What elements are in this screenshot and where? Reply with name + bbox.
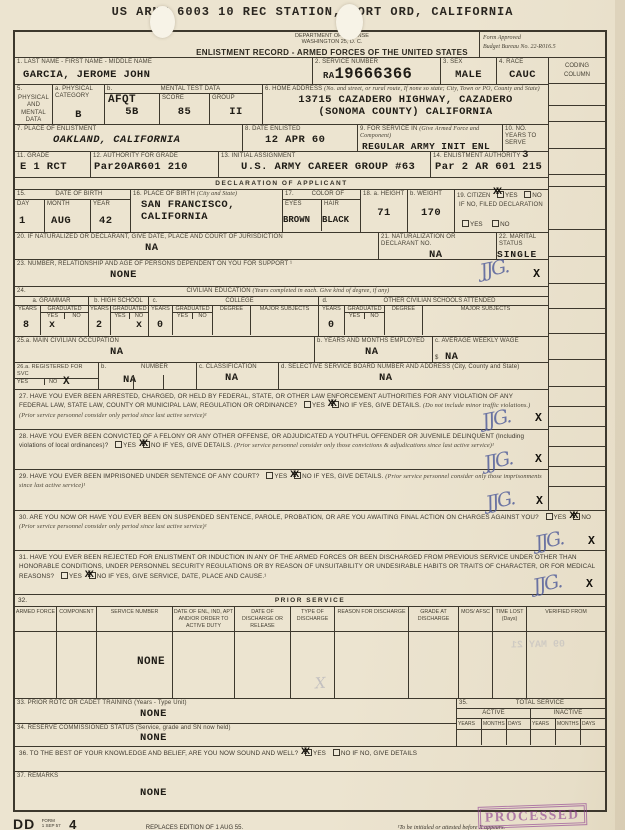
checkbox-icon bbox=[115, 441, 122, 448]
dollar-sign: $ bbox=[433, 354, 441, 362]
ink-bleed-through: 09 MAY 21 bbox=[511, 640, 565, 652]
grammar-grad-label: GRADUATED bbox=[47, 306, 81, 312]
education-title: CIVILIAN EDUCATION bbox=[186, 288, 250, 294]
education-num: 24. bbox=[15, 287, 28, 296]
rotc-total-service-block: 33. PRIOR ROTC OR CADET TRAINING (Years … bbox=[15, 699, 605, 747]
ink-bleed-x: X bbox=[314, 674, 326, 693]
race-label: 4. RACE bbox=[497, 58, 548, 67]
naturalized-label: 20. IF NATURALIZED OR DECLARANT, GIVE DA… bbox=[15, 233, 378, 242]
coding-cell bbox=[549, 106, 605, 122]
education-college: c.COLLEGE YEARS 0 GRADUATED YES NO DEGRE… bbox=[149, 297, 319, 336]
pob-label: 16. PLACE OF BIRTH bbox=[133, 191, 195, 197]
score-label: SCORE bbox=[160, 94, 209, 103]
sound-well-after: IF NO, GIVE DETAILS bbox=[352, 750, 417, 757]
typed-x-mark: X bbox=[588, 533, 595, 550]
field-height-weight: 18. a. HEIGHT 71 b. WEIGHT 170 bbox=[361, 190, 455, 232]
dependents-value: NONE bbox=[15, 269, 548, 281]
marital-status-label: 22. MARITAL STATUS bbox=[497, 233, 548, 249]
q31-yes-checkbox bbox=[61, 572, 68, 581]
q31-no-label: NO bbox=[97, 573, 107, 580]
field-authority-for-grade: 12. AUTHORITY FOR GRADE Par20AR601 210 bbox=[91, 152, 219, 177]
row-selective-service: 26.a. REGISTERED FOR SVC YES NO X b. NUM… bbox=[15, 363, 548, 390]
date-enlisted-value: 12 APR 60 bbox=[243, 134, 357, 146]
registered-no-x: X bbox=[63, 376, 70, 388]
citizen-label: 19. CITIZEN bbox=[457, 193, 490, 199]
q28-no-checkbox: XX bbox=[143, 441, 150, 450]
ps-body-cell bbox=[409, 632, 459, 698]
q30-yes-label: YES bbox=[554, 514, 567, 521]
q29-text: 29. HAVE YOU EVER BEEN IMPRISONED UNDER … bbox=[19, 473, 260, 480]
citizen-yes-x-mark: XX bbox=[493, 187, 499, 198]
field-dependents: 23. NUMBER, RELATIONSHIP AND AGE OF PERS… bbox=[15, 260, 548, 286]
prior-service-value: NONE bbox=[137, 656, 165, 668]
q28-no-x-mark: XX bbox=[139, 437, 145, 452]
q29-no-checkbox: XX bbox=[294, 472, 301, 481]
mental-test-name-cell: AFQT 5B bbox=[105, 94, 160, 124]
coding-cell bbox=[549, 334, 605, 360]
inactive-label: INACTIVE bbox=[531, 709, 605, 718]
row-dependents: 23. NUMBER, RELATIONSHIP AND AGE OF PERS… bbox=[15, 260, 548, 287]
dept-line2: WASHINGTON 25, D. C. bbox=[302, 39, 363, 45]
row-education: 24. CIVILIAN EDUCATION (Years completed … bbox=[15, 287, 548, 337]
initial-assignment-label: 13. INITIAL ASSIGNMENT bbox=[219, 152, 430, 161]
weight-label: b. WEIGHT bbox=[408, 190, 454, 199]
declaration-no-checkbox bbox=[492, 213, 499, 231]
remarks-value: NONE bbox=[15, 781, 605, 799]
weekly-wage-label: c. AVERAGE WEEKLY WAGE bbox=[433, 337, 548, 346]
coding-cell bbox=[549, 407, 605, 427]
field-place-of-birth: 16. PLACE OF BIRTH (City and State) SAN … bbox=[131, 190, 283, 232]
q29-yes-label: YES bbox=[274, 473, 287, 480]
naturalized-value: NA bbox=[15, 242, 378, 254]
q31-after: IF YES, GIVE SERVICE, DATE, PLACE AND CA… bbox=[108, 573, 266, 580]
ps-body-cell bbox=[15, 632, 57, 698]
typed-x-mark: X bbox=[533, 268, 540, 281]
weight-cell: b. WEIGHT 170 bbox=[408, 190, 454, 232]
grammar-years-value: 8 bbox=[23, 320, 29, 331]
hole-punch bbox=[150, 6, 175, 38]
enlistment-authority-label: 14. ENLISTMENT AUTHORITY bbox=[431, 152, 548, 161]
dob-num: 15. bbox=[15, 190, 28, 199]
physical-data-num: 5. bbox=[15, 85, 52, 94]
scanned-enlistment-record: US ARMY 6003 10 REC STATION, FORT ORD, C… bbox=[0, 0, 625, 830]
registered-svc-label: 26.a. REGISTERED FOR SVC bbox=[15, 363, 98, 378]
budget-approval-box: Form Approved Budget Bureau No. 22-R016.… bbox=[479, 32, 605, 57]
height-label: 18. a. HEIGHT bbox=[361, 190, 407, 199]
field-years-employed: b. YEARS AND MONTHS EMPLOYED NA bbox=[315, 337, 433, 362]
college-grad-no: NO bbox=[193, 313, 212, 319]
weekly-wage-value: NA bbox=[445, 351, 458, 363]
field-mental-test-data: b. MENTAL TEST DATA AFQT 5B SCORE 85 bbox=[105, 85, 263, 124]
field-registered-svc: 26.a. REGISTERED FOR SVC YES NO X bbox=[15, 363, 99, 389]
home-address-line1: 13715 CAZADERO HIGHWAY, CAZADERO bbox=[263, 94, 548, 106]
form-number: 4 bbox=[69, 817, 76, 830]
q28-yes-checkbox bbox=[115, 441, 122, 450]
form-body-upper: 1. LAST NAME - FIRST NAME - MIDDLE NAME … bbox=[15, 58, 605, 511]
pob-note: (City and State) bbox=[197, 191, 237, 197]
education-other: d.OTHER CIVILIAN SCHOOLS ATTENDED YEARS … bbox=[319, 297, 548, 336]
hole-punch bbox=[336, 4, 363, 40]
coding-cell bbox=[549, 84, 605, 106]
coding-label-2: COLUMN bbox=[564, 72, 590, 78]
grammar-grad-yes-x: x bbox=[49, 320, 55, 331]
dob-year-value: 42 bbox=[91, 209, 130, 227]
citizen-yes-label: YES bbox=[505, 192, 518, 199]
field-color-of: 17. COLOR OF EYES BROWN HAIR BLACK bbox=[283, 190, 361, 232]
race-value: CAUC bbox=[497, 67, 548, 81]
checkbox-icon bbox=[546, 513, 553, 520]
grammar-grad-no: NO bbox=[65, 313, 88, 319]
prior-service-title: PRIOR SERVICE bbox=[275, 597, 345, 604]
occupation-label: 25.a. MAIN CIVILIAN OCCUPATION bbox=[15, 337, 314, 346]
form-title: ENLISTMENT RECORD - ARMED FORCES OF THE … bbox=[185, 48, 479, 57]
q29-no-x-mark: XX bbox=[290, 468, 296, 483]
field-rotc: 33. PRIOR ROTC OR CADET TRAINING (Years … bbox=[15, 699, 456, 724]
typed-station-annotation: US ARMY 6003 10 REC STATION, FORT ORD, C… bbox=[0, 5, 625, 19]
coding-cell bbox=[549, 360, 605, 387]
field-naturalized: 20. IF NATURALIZED OR DECLARANT, GIVE DA… bbox=[15, 233, 379, 259]
score-value: 85 bbox=[160, 103, 209, 118]
question-30: 30. ARE YOU NOW OR HAVE YOU EVER BEEN ON… bbox=[15, 511, 605, 551]
hs-grad-no-x: x bbox=[136, 320, 142, 331]
coding-cell bbox=[549, 309, 605, 334]
other-label: OTHER CIVILIAN SCHOOLS ATTENDED bbox=[331, 297, 548, 305]
row-physical-mental: 5. PHYSICAL AND MENTAL DATA a. PHYSICAL … bbox=[15, 85, 548, 125]
home-address-label: 6. HOME ADDRESS bbox=[265, 86, 322, 92]
place-of-enlistment-value: OAKLAND, CALIFORNIA bbox=[15, 134, 242, 146]
mental-test-group-cell: GROUP II bbox=[210, 94, 262, 124]
coding-cell bbox=[549, 427, 605, 447]
question-31: 31. HAVE YOU EVER BEEN REJECTED FOR ENLI… bbox=[15, 551, 605, 595]
typed-x-mark: X bbox=[535, 451, 542, 468]
approved-line2: Budget Bureau No. 22-R016.5 bbox=[483, 44, 556, 50]
citizen-no-label: NO bbox=[532, 192, 541, 199]
checkbox-icon bbox=[492, 220, 499, 227]
row-grade: 11. GRADE E 1 RCT 12. AUTHORITY FOR GRAD… bbox=[15, 152, 548, 178]
sound-well-yes-label: YES bbox=[313, 750, 326, 757]
mental-test-score-cell: SCORE 85 bbox=[160, 94, 210, 124]
total-service-title: TOTAL SERVICE bbox=[475, 699, 605, 708]
education-high-school: b. HIGH SCHOOL YEARS 2 GRADUATED YES NO bbox=[89, 297, 149, 336]
grade-value: E 1 RCT bbox=[15, 161, 90, 173]
education-grammar: a. GRAMMAR YEARS 8 GRADUATED YES NO x bbox=[15, 297, 89, 336]
q30-no-label: NO bbox=[581, 514, 591, 521]
rotc-value: NONE bbox=[15, 708, 456, 720]
hs-years-value: 2 bbox=[96, 320, 102, 331]
form-header: DEPARTMENT OF DEFENSE WASHINGTON 25, D. … bbox=[15, 32, 605, 58]
sound-well-no-checkbox bbox=[333, 749, 340, 758]
ps-col-service-number: SERVICE NUMBER bbox=[97, 607, 173, 631]
replaces-note: REPLACES EDITION OF 1 AUG 55. bbox=[146, 825, 243, 830]
pob-line1: SAN FRANCISCO, bbox=[131, 199, 282, 211]
coding-column: CODING COLUMN bbox=[548, 58, 605, 510]
checkbox-icon bbox=[462, 220, 469, 227]
color-of-num: 17. bbox=[283, 190, 296, 199]
typed-x-mark: X bbox=[536, 493, 543, 510]
dob-day-cell: DAY 1 bbox=[15, 200, 45, 232]
inactive-days-label: DAYS bbox=[581, 719, 605, 729]
color-of-label: COLOR OF bbox=[296, 190, 360, 199]
form-date: 1 SEP 57 bbox=[42, 823, 61, 828]
ps-col-date-enl: DATE OF ENL, IND, APT AND/OR ORDER TO AC… bbox=[173, 607, 235, 631]
sound-well-no-label: NO bbox=[341, 750, 351, 757]
active-label: ACTIVE bbox=[457, 709, 531, 718]
last-name-value: GARCIA, JEROME JOHN bbox=[15, 67, 312, 81]
q29-yes-checkbox bbox=[266, 472, 273, 481]
field-place-of-enlistment: 7. PLACE OF ENLISTMENT OAKLAND, CALIFORN… bbox=[15, 125, 243, 151]
q31-text: 31. HAVE YOU EVER BEEN REJECTED FOR ENLI… bbox=[19, 554, 595, 580]
total-service-box: 35. TOTAL SERVICE ACTIVE INACTIVE YEARS … bbox=[457, 699, 605, 746]
ps-body-cell bbox=[291, 632, 335, 698]
height-cell: 18. a. HEIGHT 71 bbox=[361, 190, 408, 232]
ps-col-armed-force: ARMED FORCE bbox=[15, 607, 57, 631]
checkbox-icon bbox=[524, 191, 531, 198]
college-grad-label: GRADUATED bbox=[175, 306, 209, 312]
coding-cell bbox=[549, 187, 605, 230]
coding-cell bbox=[549, 230, 605, 257]
dob-year-cell: YEAR 42 bbox=[91, 200, 130, 232]
years-employed-label: b. YEARS AND MONTHS EMPLOYED bbox=[315, 337, 432, 346]
declaration-yes-label: YES bbox=[470, 221, 483, 228]
ps-col-date-discharge: DATE OF DISCHARGE OR RELEASE bbox=[235, 607, 291, 631]
q27-no-checkbox: XX bbox=[332, 401, 339, 410]
ps-col-reason-discharge: REASON FOR DISCHARGE bbox=[335, 607, 409, 631]
coding-cell bbox=[549, 447, 605, 467]
dob-day-label: DAY bbox=[15, 200, 44, 209]
enlistment-authority-value: Par 2 AR 601 215 bbox=[431, 161, 548, 173]
ps-body-cell bbox=[235, 632, 291, 698]
college-num: c. bbox=[149, 297, 161, 305]
sound-well-yes-x: XX bbox=[301, 745, 307, 760]
inactive-years-label: YEARS bbox=[531, 719, 556, 729]
remarks-label: 37. REMARKS bbox=[15, 772, 605, 781]
citizen-yes-checkbox: XX bbox=[497, 191, 504, 199]
ps-body-cell bbox=[459, 632, 493, 698]
field-naturalization-no: 21. NATURALIZATION OR DECLARANT NO. NA bbox=[379, 233, 497, 259]
svc-number-value: NA bbox=[99, 372, 196, 386]
main-column: 1. LAST NAME - FIRST NAME - MIDDLE NAME … bbox=[15, 58, 548, 510]
hs-grad-label: GRADUATED bbox=[112, 306, 146, 312]
q30-text: 30. ARE YOU NOW OR HAVE YOU EVER BEEN ON… bbox=[19, 514, 539, 521]
field-last-name: 1. LAST NAME - FIRST NAME - MIDDLE NAME … bbox=[15, 58, 313, 84]
weight-value: 170 bbox=[408, 199, 454, 219]
hs-years-label: YEARS bbox=[90, 306, 109, 312]
mental-test-num: b. bbox=[105, 85, 119, 93]
grammar-years-label: YEARS bbox=[18, 306, 37, 312]
reserve-status-value: NONE bbox=[15, 732, 456, 744]
other-num: d. bbox=[319, 297, 331, 305]
coding-cell bbox=[549, 387, 605, 407]
years-employed-value: NA bbox=[315, 346, 432, 358]
total-service-values bbox=[457, 730, 605, 745]
dob-month-value: AUG bbox=[45, 209, 90, 227]
q27-no-x-mark: XX bbox=[328, 397, 334, 412]
college-label: COLLEGE bbox=[161, 297, 318, 305]
svc-number-label: NUMBER bbox=[113, 363, 196, 372]
group-label: GROUP bbox=[210, 94, 262, 103]
college-major-label: MAJOR SUBJECTS bbox=[260, 306, 310, 312]
field-date-of-birth: 15. DATE OF BIRTH DAY 1 MONTH AUG bbox=[15, 190, 131, 232]
field-date-enlisted: 8. DATE ENLISTED 12 APR 60 bbox=[243, 125, 358, 151]
q27-no-label: NO bbox=[340, 402, 350, 409]
other-years-label: YEARS bbox=[322, 306, 341, 312]
other-grad-yes: YES bbox=[345, 313, 365, 319]
citizen-no-checkbox bbox=[524, 191, 531, 199]
classification-label: c. CLASSIFICATION bbox=[197, 363, 278, 372]
mental-test-label: MENTAL TEST DATA bbox=[119, 85, 262, 93]
sound-well-label: 36. TO THE BEST OF YOUR KNOWLEDGE AND BE… bbox=[19, 750, 298, 757]
field-for-service-in: 9. FOR SERVICE IN (Give Armed Force and … bbox=[358, 125, 503, 151]
initial-assignment-value: U.S. ARMY CAREER GROUP #63 bbox=[219, 161, 430, 173]
question-27: 27. HAVE YOU EVER BEEN ARRESTED, CHARGED… bbox=[15, 390, 548, 430]
field-svc-number: b. NUMBER NA bbox=[99, 363, 197, 389]
eyes-label: EYES bbox=[283, 200, 321, 209]
ps-body-cell bbox=[57, 632, 97, 698]
college-grad-yes: YES bbox=[173, 313, 193, 319]
declaration-yes-checkbox bbox=[462, 213, 469, 231]
typed-x-mark: X bbox=[586, 576, 593, 593]
field-sex: 3. SEX MALE bbox=[441, 58, 497, 84]
coding-cell bbox=[549, 149, 605, 175]
row-identity: 1. LAST NAME - FIRST NAME - MIDDLE NAME … bbox=[15, 58, 548, 85]
eyes-cell: EYES BROWN bbox=[283, 200, 322, 231]
dependents-label: 23. NUMBER, RELATIONSHIP AND AGE OF PERS… bbox=[15, 260, 548, 269]
registered-yes-label: YES bbox=[15, 379, 45, 385]
active-months-label: MONTHS bbox=[482, 719, 507, 729]
checkbox-icon bbox=[333, 749, 340, 756]
q28-yes-label: YES bbox=[123, 442, 136, 449]
sex-label: 3. SEX bbox=[441, 58, 496, 67]
hair-cell: HAIR BLACK bbox=[322, 200, 360, 231]
other-grad-no: NO bbox=[365, 313, 384, 319]
date-enlisted-label: 8. DATE ENLISTED bbox=[243, 125, 357, 134]
dob-year-label: YEAR bbox=[91, 200, 130, 209]
field-weekly-wage: c. AVERAGE WEEKLY WAGE $ NA bbox=[433, 337, 548, 362]
coding-cell bbox=[549, 175, 605, 187]
field-ss-board: d. SELECTIVE SERVICE BOARD NUMBER AND AD… bbox=[279, 363, 548, 389]
other-years-value: 0 bbox=[328, 320, 334, 331]
service-number-value: 19666366 bbox=[335, 65, 413, 83]
home-address-line2: (SONOMA COUNTY) CALIFORNIA bbox=[263, 106, 548, 118]
dd-mark: DD bbox=[13, 816, 35, 830]
form-word: FORM bbox=[42, 818, 55, 823]
coding-column-header: CODING COLUMN bbox=[549, 58, 605, 84]
last-name-label: 1. LAST NAME - FIRST NAME - MIDDLE NAME bbox=[15, 58, 312, 67]
ps-col-mos-afsc: MOS/ AFSC bbox=[459, 607, 493, 631]
authority-for-grade-value: Par20AR601 210 bbox=[91, 161, 218, 173]
q29-no-label: NO bbox=[302, 473, 312, 480]
grammar-label: a. GRAMMAR bbox=[15, 297, 88, 306]
hs-grad-no: NO bbox=[130, 313, 148, 319]
ss-board-label: d. SELECTIVE SERVICE BOARD NUMBER AND AD… bbox=[279, 363, 548, 372]
q30-yes-checkbox bbox=[546, 513, 553, 522]
active-days-label: DAYS bbox=[507, 719, 531, 729]
coding-cell bbox=[549, 487, 605, 510]
row-birth: 15. DATE OF BIRTH DAY 1 MONTH AUG bbox=[15, 190, 548, 233]
other-major-label: MAJOR SUBJECTS bbox=[461, 306, 511, 312]
other-degree-label: DEGREE bbox=[392, 306, 415, 312]
ps-col-verified-from: VERIFIED FROM bbox=[527, 607, 605, 631]
hair-label: HAIR bbox=[322, 200, 360, 209]
ps-col-grade-discharge: GRADE AT DISCHARGE bbox=[409, 607, 459, 631]
field-race: 4. RACE CAUC bbox=[497, 58, 548, 84]
dob-day-value: 1 bbox=[15, 209, 44, 227]
declaration-bar: DECLARATION OF APPLICANT bbox=[15, 178, 548, 190]
eyes-value: BROWN bbox=[283, 209, 321, 225]
field-service-number: 2. SERVICE NUMBER RA19666366 bbox=[313, 58, 441, 84]
q30-no-checkbox: XX bbox=[573, 513, 580, 522]
other-grad-label: GRADUATED bbox=[347, 306, 381, 312]
q28-note: (Prior service personnel consider only t… bbox=[234, 442, 494, 449]
pob-line2: CALIFORNIA bbox=[131, 211, 282, 223]
years-to-serve-label: 10. NO. YEARS TO SERVE bbox=[503, 125, 548, 149]
q31-no-x-mark: XX bbox=[85, 568, 91, 583]
field-initial-assignment: 13. INITIAL ASSIGNMENT U.S. ARMY CAREER … bbox=[219, 152, 431, 177]
field-home-address: 6. HOME ADDRESS (No. and street, or rura… bbox=[263, 85, 548, 124]
field-years-to-serve: 10. NO. YEARS TO SERVE 3 bbox=[503, 125, 548, 151]
prior-service-bar: 32. PRIOR SERVICE bbox=[15, 595, 605, 607]
field-occupation: 25.a. MAIN CIVILIAN OCCUPATION NA bbox=[15, 337, 315, 362]
mental-test-name-value: 5B bbox=[105, 106, 159, 118]
checkbox-icon bbox=[266, 472, 273, 479]
row-enlistment: 7. PLACE OF ENLISTMENT OAKLAND, CALIFORN… bbox=[15, 125, 548, 152]
college-degree: DEGREE bbox=[213, 306, 251, 335]
q28-after: IF YES, GIVE DETAILS. bbox=[162, 442, 232, 449]
height-value: 71 bbox=[361, 199, 407, 219]
group-value: II bbox=[210, 103, 262, 118]
q27-after: IF YES, GIVE DETAILS. bbox=[351, 402, 421, 409]
coding-cell bbox=[549, 122, 605, 149]
ps-body-cell bbox=[173, 632, 235, 698]
physical-data-label: PHYSICAL AND MENTAL DATA bbox=[15, 94, 52, 125]
place-of-enlistment-label: 7. PLACE OF ENLISTMENT bbox=[15, 125, 242, 134]
q30-no-x-mark: XX bbox=[569, 509, 575, 524]
field-physical-category: a. PHYSICAL CATEGORY B bbox=[53, 85, 105, 124]
ps-col-time-lost: TIME LOST (Days) bbox=[493, 607, 527, 631]
typed-x-mark: X bbox=[535, 410, 542, 427]
field-classification: c. CLASSIFICATION NA bbox=[197, 363, 279, 389]
naturalization-no-label: 21. NATURALIZATION OR DECLARANT NO. bbox=[379, 233, 496, 249]
ps-col-type-discharge: TYPE OF DISCHARGE bbox=[291, 607, 335, 631]
college-years-value: 0 bbox=[157, 320, 163, 331]
question-29: 29. HAVE YOU EVER BEEN IMPRISONED UNDER … bbox=[15, 470, 548, 510]
rotc-reserve-column: 33. PRIOR ROTC OR CADET TRAINING (Years … bbox=[15, 699, 457, 746]
hs-grad-yes: YES bbox=[111, 313, 130, 319]
ps-col-component: COMPONENT bbox=[57, 607, 97, 631]
coding-cell bbox=[549, 467, 605, 487]
prior-service-body: NONE 09 MAY 21 X bbox=[15, 632, 605, 699]
field-citizen: 19. CITIZEN XXYES NO IF NO, FILED DECLAR… bbox=[455, 190, 548, 232]
checkbox-icon bbox=[61, 572, 68, 579]
college-degree-label: DEGREE bbox=[220, 306, 243, 312]
high-school-label: b. HIGH SCHOOL bbox=[89, 297, 148, 306]
q27-yes-checkbox bbox=[304, 401, 311, 410]
registered-no-label: NO bbox=[45, 379, 57, 385]
active-years-label: YEARS bbox=[457, 719, 482, 729]
hair-value: BLACK bbox=[322, 209, 360, 225]
field-sound-and-well: 36. TO THE BEST OF YOUR KNOWLEDGE AND BE… bbox=[15, 747, 605, 772]
processed-stamp: PROCESSED bbox=[478, 803, 587, 829]
ss-board-value: NA bbox=[279, 372, 548, 384]
coding-label-1: CODING bbox=[565, 63, 589, 69]
grammar-grad-yes: YES bbox=[41, 313, 65, 319]
q29-after: IF YES, GIVE DETAILS. bbox=[314, 473, 384, 480]
header-center: DEPARTMENT OF DEFENSE WASHINGTON 25, D. … bbox=[185, 32, 479, 57]
q28-no-label: NO bbox=[151, 442, 161, 449]
q31-no-checkbox: XX bbox=[89, 572, 96, 581]
for-service-in-value: REGULAR ARMY INIT ENL bbox=[358, 141, 502, 152]
service-number-prefix: RA bbox=[323, 71, 335, 81]
